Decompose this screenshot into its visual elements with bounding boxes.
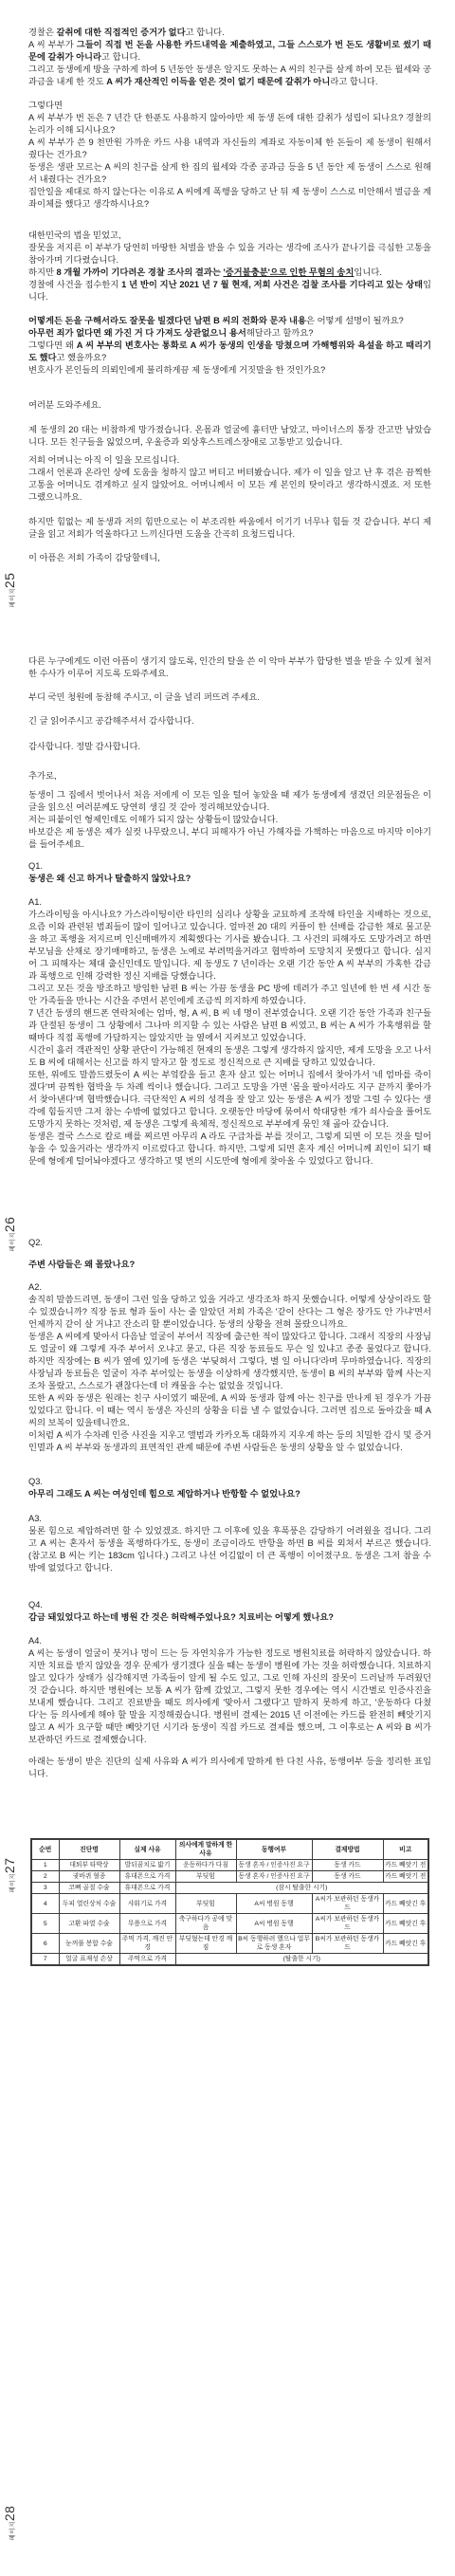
text-run: 입니다. <box>354 267 382 277</box>
text-run: 고 했을까요? <box>57 353 107 362</box>
page-number-label: 페이지25 <box>1 561 18 618</box>
table-cell: B씨 동행하려 했으나 업무로 동생 혼자 <box>236 1934 312 1954</box>
table-row: 5고환 파열 수술무릎으로 가격축구하다가 공에 맞음A씨 병원 동행A씨가 보… <box>31 1914 428 1934</box>
paragraph: 아무런 죄가 없다면 왜 가진 거 다 가져도 상관없으니 용서해달라고 할까요… <box>28 327 431 340</box>
paragraph: 어떻게든 돈을 구해서라도 잘못을 빌겠다던 남편 B 씨의 전화와 문자 내용… <box>28 315 431 327</box>
paragraph: 동생은 A 씨에게 맞아서 다음날 얼굴이 부어서 직장에 출근한 적이 많았다… <box>28 1331 431 1392</box>
table-cell: 부딪혔는데 안경 깨짐 <box>175 1934 236 1954</box>
paragraph: A 씨는 동생이 얼굴이 붓거나 멍이 드는 등 자연치유가 가능한 정도로 병… <box>28 1647 431 1746</box>
table-cell: 2 <box>31 1871 59 1883</box>
table-cell: 카드 빼앗긴 후 <box>383 1914 428 1934</box>
text-run: 동생은 A 씨에게 맞아서 다음날 얼굴이 부어서 직장에 출근한 적이 많았다… <box>28 1332 431 1390</box>
table-cell: 귓바퀴 혈종 <box>59 1871 119 1883</box>
question: 주변 사람들은 왜 몰랐나요? <box>28 1259 431 1271</box>
table-cell: 카드 빼앗기 전 <box>383 1860 428 1871</box>
text-run: Q2. <box>28 1238 43 1247</box>
paragraph: 시간이 흘러 객관적인 상황 판단이 가능해진 현재의 동생은 그렇게 생각하지… <box>28 1044 431 1069</box>
text-run: 저희 어머니는 아직 이 일을 모르십니다. <box>28 455 179 465</box>
text-run: A 씨가 재산적인 이득을 얻은 것이 없기 때문에 갈취가 아니 <box>106 77 330 86</box>
question-number: Q4. <box>28 1599 431 1611</box>
text-run: A 씨 부부가 <box>28 40 77 49</box>
paragraph: 잘못을 저지른 이 부부가 당연히 마땅한 처벌을 받을 수 있을 거라는 생각… <box>28 242 431 267</box>
text-run: 여러분 도와주세요. <box>28 400 101 410</box>
paragraph: 다른 누구에게도 이런 아픔이 생기지 않도록, 인간의 탈을 쓴 이 악마 부… <box>28 655 431 680</box>
paragraph: 7 년간 동생의 핸드폰 연락처에는 엄마, 형, A 씨, B 씨 네 명이 … <box>28 1007 431 1044</box>
table-cell: 카드 빼앗기 전 <box>383 1871 428 1883</box>
question: 아무리 그래도 A 씨는 여성인데 힘으로 제압하거나 반항할 수 없었나요? <box>28 1488 431 1500</box>
table-cell: 주먹 가격, 깨진 안경 <box>119 1934 175 1954</box>
diagnosis-table: 순번진단명실제 사유의사에게 말하게 한 사유동행여부결제방법비고1대퇴부 타박… <box>30 1838 429 1966</box>
paragraph: 물론 힘으로 제압하려면 할 수 있었겠죠. 하지만 그 이후에 있을 후폭풍은… <box>28 1525 431 1574</box>
page-label-number: 27 <box>2 1858 17 1874</box>
text-run: 아무런 죄가 없다면 왜 가진 거 다 가져도 상관없으니 용서 <box>28 328 246 338</box>
paragraph: 변호사가 본인들의 의뢰인에게 불리하게끔 제 동생에게 거짓말을 한 것인가요… <box>28 364 431 377</box>
page-label-prefix: 페이지 <box>9 1873 16 1892</box>
text-run: 그래서 언론과 온라인 상에 도움을 청하지 않고 버티고 버텨봤습니다. 제가… <box>28 468 431 502</box>
table-row: 3코뼈 골절 수술휴대폰으로 가격(잠시 탈출한 시기) <box>31 1883 428 1894</box>
answer-number: A4. <box>28 1635 431 1647</box>
table-cell: 동생 혼자 / 인증사진 요구 <box>236 1871 312 1883</box>
table-row: 7얼굴 표재성 손상주먹으로 가격(탈출한 시기) <box>31 1954 428 1966</box>
page-label-prefix: 페이지 <box>9 588 16 607</box>
column-header: 의사에게 말하게 한 사유 <box>175 1839 236 1860</box>
column-header: 비고 <box>383 1839 428 1860</box>
text-run: 1 년 반이 지난 2021 년 7 월 현재, 저희 사건은 검찰 조사를 기… <box>121 280 423 289</box>
text-run: 경찰은 <box>28 28 57 37</box>
text-run: Q3. <box>28 1477 43 1486</box>
table-cell: 무릎으로 가격 <box>119 1914 175 1934</box>
text-run: 하지만 힘없는 제 동생과 저의 힘만으로는 이 부조리한 싸움에서 이기기 너… <box>28 517 431 539</box>
question: 감금 돼있었다고 하는데 병원 간 것은 허락해주었나요? 치료비는 어떻게 했… <box>28 1611 431 1624</box>
text-run: 집안일을 제대로 하지 않는다는 이유로 A 씨에게 폭행을 당하고 난 뒤 제… <box>28 187 431 209</box>
table-cell: B씨가 보관하던 동생카드 <box>312 1934 383 1954</box>
paragraph: A 씨 부부가 그들이 직접 번 돈을 사용한 카드내역을 제출하였고, 그들 … <box>28 39 431 64</box>
table-cell: 5 <box>31 1914 59 1934</box>
column-header: 결제방법 <box>312 1839 383 1860</box>
table-cell: 휴대폰으로 가격 <box>119 1883 175 1894</box>
text-run: 감금 돼있었다고 하는데 병원 간 것은 허락해주었나요? 치료비는 어떻게 했… <box>28 1612 334 1622</box>
page-label-number: 25 <box>2 573 17 589</box>
text-run: 동생은 왜 신고 하거나 탈출하지 않았나요? <box>28 874 191 883</box>
paragraph: 그렇다면 왜 A 씨 부부의 변호사는 통화로 A 씨가 동생의 인생을 망쳤으… <box>28 340 431 364</box>
text-run: 시간이 흘러 객관적인 상황 판단이 가능해진 현재의 동생은 그렇게 생각하지… <box>28 1045 431 1067</box>
paragraph: 바보같은 제 동생은 제가 실컷 나무랐으니, 부디 피해자가 아닌 가해자를 … <box>28 826 431 851</box>
table-cell: 발뒤꿈치로 밟기 <box>119 1860 175 1871</box>
paragraph: 저희 어머니는 아직 이 일을 모르십니다. <box>28 454 431 467</box>
table-cell: A씨가 보관하던 동생카드 <box>312 1914 383 1934</box>
text-run: 동생이 그 집에서 벗어나서 처음 저에게 이 모든 일을 털어 놓았을 때 제… <box>28 790 431 812</box>
paragraph: 아래는 동생이 받은 진단의 실제 사유와 A 씨가 의사에게 말하게 한 다친… <box>28 1756 431 1780</box>
page-number-label: 페이지26 <box>1 1205 18 1262</box>
text-run: 또한 A 씨와 동생은 원래는 친구 사이였기 때문에, A 씨와 동생과 함께… <box>28 1393 431 1427</box>
text-run: 경찰에 사건을 접수한지 <box>28 280 121 289</box>
text-run: '증거불충분'으로 인한 무혐의 송치 <box>223 267 354 277</box>
paragraph: 가스라이팅을 아시나요? 가스라이팅이란 타인의 심리나 상황을 교묘하게 조작… <box>28 909 431 983</box>
text-run: 고 합니다. <box>186 28 225 37</box>
text-run: A4. <box>28 1636 42 1646</box>
text-run: 제 동생의 20 대는 비참하게 망가졌습니다. 온몸과 얼굴에 흉터만 남았고… <box>28 425 431 447</box>
paragraph: 저는 피붙이인 형제인데도 이해가 되지 않는 상황들이 많았습니다. <box>28 814 431 826</box>
text-run: 어떻게든 돈을 구해서라도 잘못을 빌겠다던 남편 B 씨의 전화와 문자 내용 <box>28 316 306 325</box>
table-cell: 카드 빼앗긴 후 <box>383 1894 428 1914</box>
text-run: 이처럼 A 씨가 수차례 인증 사진을 지우고 앨범과 카카오톡 대화까지 지우… <box>28 1430 431 1452</box>
page-label-prefix: 페이지 <box>9 2521 16 2540</box>
paragraph: 긴 글 읽어주시고 공감해주셔서 감사합니다. <box>28 715 431 727</box>
table-row: 6눈꺼풀 봉합 수술주먹 가격, 깨진 안경부딪혔는데 안경 깨짐B씨 동행하려… <box>31 1934 428 1954</box>
paragraph: A 씨 부부가 쓴 9 천만원 가까운 카드 사용 내역과 자신들의 계좌로 자… <box>28 137 431 161</box>
question: 동생은 왜 신고 하거나 탈출하지 않았나요? <box>28 873 431 885</box>
paragraph: 그렇다면 <box>28 100 431 112</box>
text-run: 긴 글 읽어주시고 공감해주셔서 감사합니다. <box>28 716 194 726</box>
page-label-number: 26 <box>2 1217 17 1233</box>
table-cell: 샤워기로 가격 <box>119 1894 175 1914</box>
text-run: 솔직히 말씀드리면, 동생이 그런 일을 당하고 있을 거라고 생각조차 하지 … <box>28 1295 431 1329</box>
text-run: 부디 국민 청원에 동참해 주시고, 이 글을 널리 퍼뜨려 주세요. <box>28 692 260 702</box>
table-row: 1대퇴부 타박상발뒤꿈치로 밟기운동하다가 다침동생 혼자 / 인증사진 요구동… <box>31 1860 428 1871</box>
text-run: 감사합니다. 정말 감사합니다. <box>28 742 140 751</box>
paragraph: 하지만 8 개월 가까이 기다려온 경찰 조사의 결과는 '증거불충분'으로 인… <box>28 267 431 279</box>
table-cell: 4 <box>31 1894 59 1914</box>
text-run: A2. <box>28 1282 42 1292</box>
paragraph: 이 아픔은 저희 가족이 감당할테니, <box>28 552 431 564</box>
table-row: 2귓바퀴 혈종휴대폰으로 가격부딪힘동생 혼자 / 인증사진 요구동생 카드카드… <box>31 1871 428 1883</box>
text-run: 이 아픔은 저희 가족이 감당할테니, <box>28 553 160 562</box>
text-run: 바보같은 제 동생은 제가 실컷 나무랐으니, 부디 피해자가 아닌 가해자를 … <box>28 827 431 849</box>
column-header: 실제 사유 <box>119 1839 175 1860</box>
paragraph: 경찰에 사건을 접수한지 1 년 반이 지난 2021 년 7 월 현재, 저희… <box>28 279 431 304</box>
text-run: 추가로, <box>28 771 57 781</box>
text-run: 8 개월 가까이 기다려온 경찰 조사의 결과는 <box>57 267 224 277</box>
text-run: 아래는 동생이 받은 진단의 실제 사유와 A 씨가 의사에게 말하게 한 다친… <box>28 1757 431 1778</box>
table-cell: 축구하다가 공에 맞음 <box>175 1914 236 1934</box>
table-cell: A씨가 보관하던 동생카드 <box>312 1894 383 1914</box>
table-cell: 3 <box>31 1883 59 1894</box>
paragraph: 그래서 언론과 온라인 상에 도움을 청하지 않고 버티고 버텨봤습니다. 제가… <box>28 467 431 504</box>
column-header: 순번 <box>31 1839 59 1860</box>
text-run: 그렇다면 왜 <box>28 340 77 350</box>
table-cell: 휴대폰으로 가격 <box>119 1871 175 1883</box>
table-cell: 카드 빼앗긴 후 <box>383 1934 428 1954</box>
page-label-prefix: 페이지 <box>9 1232 16 1251</box>
text-run: 하지만 <box>28 267 57 277</box>
text-run: A1. <box>28 897 42 907</box>
question-number: Q3. <box>28 1476 431 1488</box>
paragraph: 하지만 힘없는 제 동생과 저의 힘만으로는 이 부조리한 싸움에서 이기기 너… <box>28 516 431 541</box>
paragraph: 그리고 동생에게 방을 구하게 하여 5 년동안 동생은 알지도 못하는 A 씨… <box>28 64 431 88</box>
paragraph: 부디 국민 청원에 동참해 주시고, 이 글을 널리 퍼뜨려 주세요. <box>28 691 431 704</box>
table-cell: 부딪힘 <box>175 1894 236 1914</box>
answer-number: A2. <box>28 1281 431 1294</box>
table-cell: 운동하다가 다침 <box>175 1860 236 1871</box>
table-cell: 7 <box>31 1954 59 1966</box>
table-header-row: 순번진단명실제 사유의사에게 말하게 한 사유동행여부결제방법비고 <box>31 1839 428 1860</box>
text-run: 또한, 위에도 말씀드렸듯이 A 씨는 부엌칼을 들고 혼자 살고 있는 어머니… <box>28 1070 431 1129</box>
text-run: A 씨는 동생이 얼굴이 붓거나 멍이 드는 등 자연치유가 가능한 정도로 병… <box>28 1648 431 1744</box>
table-cell: 1 <box>31 1860 59 1871</box>
paragraph: 동생이 그 집에서 벗어나서 처음 저에게 이 모든 일을 털어 놓았을 때 제… <box>28 789 431 814</box>
text-run: 은 어떻게 설명이 될까요? <box>306 316 404 325</box>
text-run: 다른 누구에게도 이런 아픔이 생기지 않도록, 인간의 탈을 쓴 이 악마 부… <box>28 656 431 678</box>
text-run: 가스라이팅을 아시나요? 가스라이팅이란 타인의 심리나 상황을 교묘하게 조작… <box>28 910 431 981</box>
text-run: 저는 피붙이인 형제인데도 이해가 되지 않는 상황들이 많았습니다. <box>28 815 278 824</box>
paragraph: 제 동생의 20 대는 비참하게 망가졌습니다. 온몸과 얼굴에 흉터만 남았고… <box>28 424 431 449</box>
table-cell: 동생 카드 <box>312 1871 383 1883</box>
text-run: 잘못을 저지른 이 부부가 당연히 마땅한 처벌을 받을 수 있을 거라는 생각… <box>28 243 431 265</box>
column-header: 진단명 <box>59 1839 119 1860</box>
text-run: 그렇다면 <box>28 101 63 110</box>
paragraph: 동생은 생판 모르는 A 씨의 친구를 살게 한 집의 월세와 각종 공과금 등… <box>28 161 431 186</box>
table-cell: 눈꺼풀 봉합 수술 <box>59 1934 119 1954</box>
text-run: 동생은 생판 모르는 A 씨의 친구를 살게 한 집의 월세와 각종 공과금 등… <box>28 162 431 184</box>
text-run: 대한민국의 법을 믿었고, <box>28 230 121 240</box>
paragraph: 집안일을 제대로 하지 않는다는 이유로 A 씨에게 폭행을 당하고 난 뒤 제… <box>28 186 431 211</box>
table-cell: 얼굴 표재성 손상 <box>59 1954 119 1966</box>
table-cell-merged: (탈출한 시기) <box>175 1954 428 1966</box>
paragraph: 이처럼 A 씨가 수차례 인증 사진을 지우고 앨범과 카카오톡 대화까지 지우… <box>28 1429 431 1454</box>
paragraph: 그리고 모든 것을 방조하고 방임한 남편 B 씨는 가끔 동생을 PC 방에 … <box>28 983 431 1007</box>
paragraph: 경찰은 갈취에 대한 직접적인 증거가 없다고 합니다. <box>28 27 431 39</box>
table-cell: A씨 병원 동행 <box>236 1914 312 1934</box>
table-cell: 6 <box>31 1934 59 1954</box>
paragraph: 대한민국의 법을 믿었고, <box>28 230 431 242</box>
page-label-number: 28 <box>2 2506 17 2522</box>
table-cell: 대퇴부 타박상 <box>59 1860 119 1871</box>
table-cell: 주먹으로 가격 <box>119 1954 175 1966</box>
text-run: 아무리 그래도 A 씨는 여성인데 힘으로 제압하거나 반항할 수 없었나요? <box>28 1489 300 1499</box>
text-run: 갈취에 대한 직접적인 증거가 없다 <box>57 28 186 37</box>
paragraph: 또한, 위에도 말씀드렸듯이 A 씨는 부엌칼을 들고 혼자 살고 있는 어머니… <box>28 1069 431 1131</box>
table-cell: 동생 카드 <box>312 1860 383 1871</box>
table-row: 4두피 열린상처 수술샤워기로 가격부딪힘A씨 병원 동행A씨가 보관하던 동생… <box>31 1894 428 1914</box>
text-run: 고 합니다. <box>101 52 140 62</box>
text-flow: 경찰은 갈취에 대한 직접적인 증거가 없다고 합니다.A 씨 부부가 그들이 … <box>0 0 455 1966</box>
table-cell: 코뼈 골절 수술 <box>59 1883 119 1894</box>
question-number: Q1. <box>28 860 431 873</box>
paragraph: 여러분 도와주세요. <box>28 399 431 412</box>
text-run: 그리고 모든 것을 방조하고 방임한 남편 B 씨는 가끔 동생을 PC 방에 … <box>28 984 431 1005</box>
question-number: Q2. <box>28 1237 431 1249</box>
table-cell: 동생 혼자 / 인증사진 요구 <box>236 1860 312 1871</box>
answer-number: A1. <box>28 896 431 909</box>
paragraph: 또한 A 씨와 동생은 원래는 친구 사이였기 때문에, A 씨와 동생과 함께… <box>28 1392 431 1429</box>
table-cell: 부딪힘 <box>175 1871 236 1883</box>
text-run: A3. <box>28 1514 42 1523</box>
paragraph: 감사합니다. 정말 감사합니다. <box>28 741 431 753</box>
table-cell-merged: (잠시 탈출한 시기) <box>175 1883 428 1894</box>
text-run: 라고 합니다. <box>330 77 377 86</box>
answer-number: A3. <box>28 1513 431 1525</box>
paragraph: 동생은 결국 스스로 칼로 배를 찌르면 아무리 A 라도 구급차를 부를 것이… <box>28 1131 431 1168</box>
document-page: 페이지25 페이지26 페이지27 페이지28 경찰은 갈취에 대한 직접적인 … <box>0 0 455 2576</box>
table-cell: 두피 열린상처 수술 <box>59 1894 119 1914</box>
table-cell: A씨 병원 동행 <box>236 1894 312 1914</box>
paragraph: 추가로, <box>28 770 431 782</box>
text-run: Q4. <box>28 1600 43 1610</box>
text-run: 동생은 결국 스스로 칼로 배를 찌르면 아무리 A 라도 구급차를 부를 것이… <box>28 1132 431 1166</box>
text-run: 해달라고 할까요? <box>246 328 314 338</box>
page-number-label: 페이지28 <box>1 2494 18 2551</box>
text-run: 주변 사람들은 왜 몰랐나요? <box>28 1260 135 1269</box>
text-run: 변호사가 본인들의 의뢰인에게 불리하게끔 제 동생에게 거짓말을 한 것인가요… <box>28 365 325 375</box>
page-number-label: 페이지27 <box>1 1847 18 1904</box>
text-run: A 씨 부부가 쓴 9 천만원 가까운 카드 사용 내역과 자신들의 계좌로 자… <box>28 138 431 159</box>
paragraph: 솔직히 말씀드리면, 동생이 그런 일을 당하고 있을 거라고 생각조차 하지 … <box>28 1294 431 1331</box>
table-cell: 고환 파열 수술 <box>59 1914 119 1934</box>
text-run: Q1. <box>28 861 43 871</box>
column-header: 동행여부 <box>236 1839 312 1860</box>
paragraph: A 씨 부부가 번 돈은 7 년간 단 한푼도 사용하지 않아야만 제 동생 돈… <box>28 112 431 137</box>
text-run: 7 년간 동생의 핸드폰 연락처에는 엄마, 형, A 씨, B 씨 네 명이 … <box>28 1008 431 1042</box>
text-run: 그들이 직접 번 돈을 사용한 카드내역을 제출하였고, 그들 스스로가 번 돈… <box>28 40 431 62</box>
text-run: 물론 힘으로 제압하려면 할 수 있었겠죠. 하지만 그 이후에 있을 후폭풍은… <box>28 1526 431 1573</box>
text-run: A 씨 부부가 번 돈은 7 년간 단 한푼도 사용하지 않아야만 제 동생 돈… <box>28 113 431 135</box>
